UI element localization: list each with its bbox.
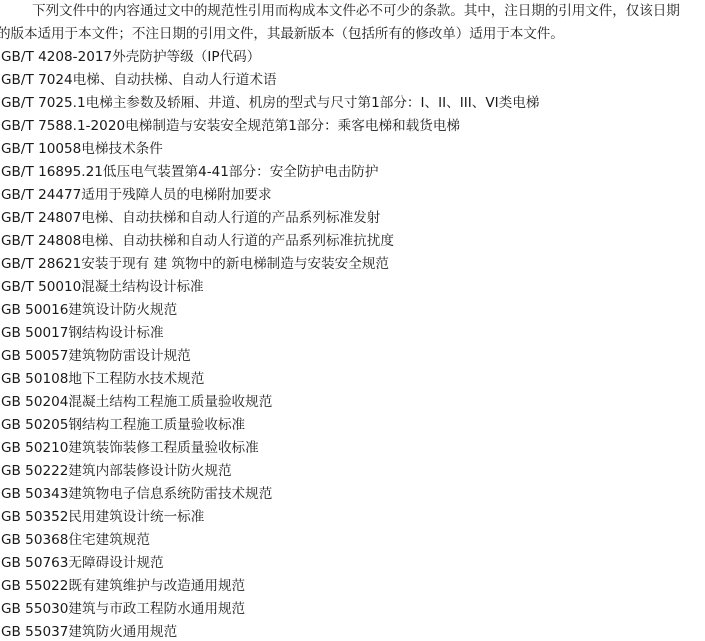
reference-item: GB/T 24807电梯、自动扶梯和自动人行道的产品系列标准发射 bbox=[1, 207, 705, 230]
reference-item: GB/T 4208-2017外壳防护等级（IP代码） bbox=[1, 46, 705, 69]
reference-item: GB/T 7024电梯、自动扶梯、自动人行道术语 bbox=[1, 69, 705, 92]
reference-item: GB/T 7025.1电梯主参数及轿厢、井道、机房的型式与尺寸第1部分：I、II… bbox=[1, 92, 705, 115]
reference-item: GB 50210建筑装饰装修工程质量验收标准 bbox=[1, 437, 705, 460]
reference-item: GB 50204混凝土结构工程施工质量验收规范 bbox=[1, 391, 705, 414]
normative-references-list: GB/T 4208-2017外壳防护等级（IP代码） GB/T 7024电梯、自… bbox=[1, 46, 705, 641]
reference-item: GB 55030建筑与市政工程防水通用规范 bbox=[1, 598, 705, 621]
reference-item: GB 50352民用建筑设计统一标准 bbox=[1, 506, 705, 529]
reference-item: GB 50108地下工程防水技术规范 bbox=[1, 368, 705, 391]
reference-item: GB 50368住宅建筑规范 bbox=[1, 529, 705, 552]
intro-line-1: 下列文件中的内容通过文中的规范性引用而构成本文件必不可少的条款。其中，注日期的引… bbox=[32, 3, 680, 19]
document-body: 下列文件中的内容通过文中的规范性引用而构成本文件必不可少的条款。其中，注日期的引… bbox=[0, 0, 705, 641]
reference-item: GB 50222建筑内部装修设计防火规范 bbox=[1, 460, 705, 483]
reference-item: GB/T 7588.1-2020电梯制造与安装安全规范第1部分：乘客电梯和载货电… bbox=[1, 115, 705, 138]
reference-item: GB 55037建筑防火通用规范 bbox=[1, 621, 705, 641]
reference-item: GB 50017钢结构设计标准 bbox=[1, 322, 705, 345]
reference-item: GB 55022既有建筑维护与改造通用规范 bbox=[1, 575, 705, 598]
reference-item: GB/T 16895.21低压电气装置第4-41部分：安全防护电击防护 bbox=[1, 161, 705, 184]
reference-item: GB/T 24808电梯、自动扶梯和自动人行道的产品系列标准抗扰度 bbox=[1, 230, 705, 253]
reference-item: GB/T 50010混凝土结构设计标准 bbox=[1, 276, 705, 299]
reference-item: GB/T 24477适用于残障人员的电梯附加要求 bbox=[1, 184, 705, 207]
reference-item: GB 50205钢结构工程施工质量验收标准 bbox=[1, 414, 705, 437]
reference-item: GB 50016建筑设计防火规范 bbox=[1, 299, 705, 322]
intro-paragraph: 下列文件中的内容通过文中的规范性引用而构成本文件必不可少的条款。其中，注日期的引… bbox=[1, 0, 705, 46]
intro-line-2: 对应的版本适用于本文件；不注日期的引用文件，其最新版本（包括所有的修改单）适用于… bbox=[0, 23, 564, 46]
reference-item: GB 50057建筑物防雷设计规范 bbox=[1, 345, 705, 368]
reference-item: GB 50763无障碍设计规范 bbox=[1, 552, 705, 575]
reference-item: GB 50343建筑物电子信息系统防雷技术规范 bbox=[1, 483, 705, 506]
reference-item: GB/T 28621安装于现有 建 筑物中的新电梯制造与安装安全规范 bbox=[1, 253, 705, 276]
reference-item: GB/T 10058电梯技术条件 bbox=[1, 138, 705, 161]
